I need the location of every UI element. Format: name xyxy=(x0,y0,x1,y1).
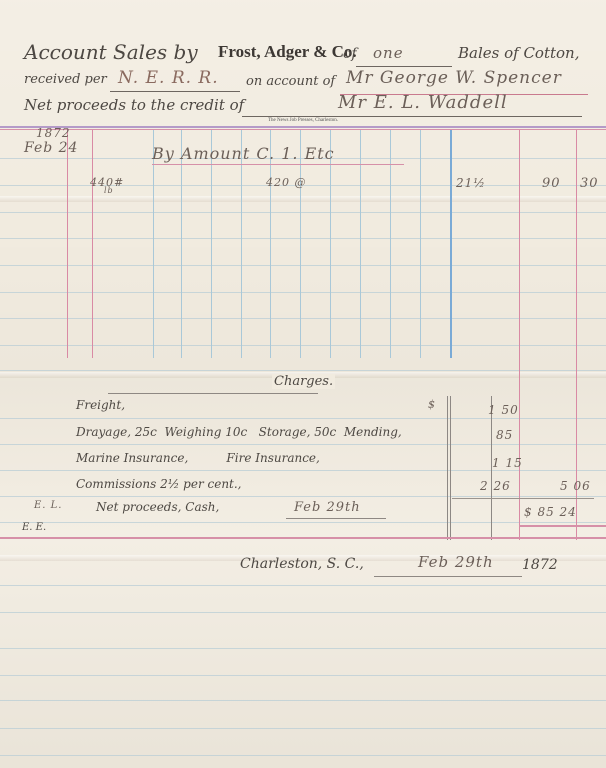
sales-amount-cents: 30 xyxy=(580,176,599,191)
charge-insurance-label: Marine Insurance, Fire Insurance, xyxy=(76,451,320,465)
bales-label: Bales of Cotton, xyxy=(458,44,579,62)
top-rule xyxy=(0,126,606,128)
subtotal-rule xyxy=(452,498,594,499)
sales-description: By Amount C. 1. Etc xyxy=(152,144,335,163)
errors-excepted: E. E. xyxy=(22,522,46,533)
footer-place: Charleston, S. C., xyxy=(240,556,364,572)
charges-heading: Charges. xyxy=(272,374,335,389)
charge-commission-amount: 2 26 xyxy=(480,479,511,493)
charges-heading-rule xyxy=(108,393,318,394)
footer-date-line xyxy=(374,576,522,577)
net-proceeds-label: Net proceeds, Cash, xyxy=(96,500,219,514)
charge-drayage-amount: 85 xyxy=(496,428,513,442)
credit-label: Net proceeds to the credit of xyxy=(24,96,244,114)
firm-name: Frost, Adger & Co. xyxy=(218,42,357,62)
charge-freight-label: Freight, xyxy=(76,398,125,412)
bottom-rule xyxy=(0,537,606,539)
credit-to-line xyxy=(242,116,582,117)
account-of: Mr George W. Spencer xyxy=(346,68,562,88)
sales-qty: 420 @ xyxy=(266,176,307,189)
net-amount-rule xyxy=(519,525,606,527)
net-proceeds-date: Feb 29th xyxy=(294,500,361,515)
description-underline xyxy=(152,164,404,165)
printer-imprint: The News Job Presses, Charleston. xyxy=(268,118,338,123)
bales-count: one xyxy=(373,44,404,62)
net-prefix: E. L. xyxy=(34,500,62,511)
footer-year: 1872 xyxy=(522,557,558,573)
credit-to: Mr E. L. Waddell xyxy=(338,92,508,113)
account-label: on account of xyxy=(246,74,335,89)
sales-weight-sub: lb xyxy=(104,186,114,195)
charge-insurance-amount: 1 15 xyxy=(492,456,523,470)
top-rule-red xyxy=(0,129,606,130)
sales-amount-dollars: 90 xyxy=(542,176,561,191)
charge-freight-amount: 1 50 xyxy=(488,403,519,417)
footer-date: Feb 29th xyxy=(418,553,494,571)
net-date-line xyxy=(286,518,386,519)
sales-rate: 21½ xyxy=(456,176,486,190)
net-proceeds-amount: $ 85 24 xyxy=(524,505,577,519)
charges-total: 5 06 xyxy=(560,479,591,493)
sales-date: Feb 24 xyxy=(24,140,78,156)
bales-count-line xyxy=(356,66,452,67)
received-via-line xyxy=(110,91,240,92)
received-label: received per xyxy=(24,72,107,87)
title-prefix: Account Sales by xyxy=(24,40,198,64)
charge-drayage-label: Drayage, 25c Weighing 10c Storage, 50c M… xyxy=(76,425,402,439)
currency-mark: $ xyxy=(428,398,436,411)
received-via: N. E. R. R. xyxy=(118,68,219,88)
charge-commission-label: Commissions 2½ per cent., xyxy=(76,477,242,491)
paper-fold xyxy=(0,196,606,202)
sales-year: 1872 xyxy=(36,126,71,140)
of-label: of xyxy=(343,46,357,62)
